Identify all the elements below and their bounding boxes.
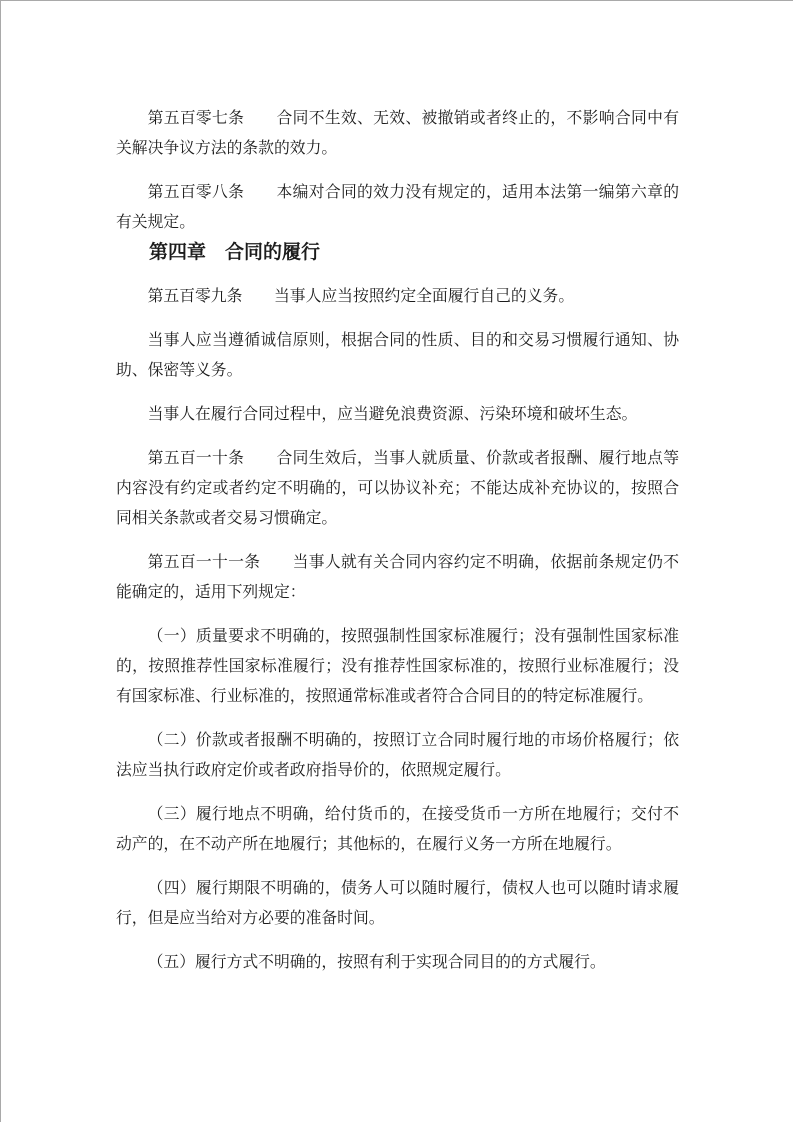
- article-511-item-3: （三）履行地点不明确，给付货币的，在接受货币一方所在地履行；交付不动产的，在不动…: [116, 800, 679, 860]
- article-510: 第五百一十条 合同生效后，当事人就质量、价款或者报酬、履行地点等内容没有约定或者…: [116, 444, 679, 534]
- article-509-clause-2: 当事人应当遵循诚信原则，根据合同的性质、目的和交易习惯履行通知、协助、保密等义务…: [116, 326, 679, 386]
- article-511-item-1: （一）质量要求不明确的，按照强制性国家标准履行；没有强制性国家标准的，按照推荐性…: [116, 622, 679, 712]
- article-511-item-5: （五）履行方式不明确的，按照有利于实现合同目的的方式履行。: [116, 948, 679, 978]
- article-507: 第五百零七条 合同不生效、无效、被撤销或者终止的，不影响合同中有关解决争议方法的…: [116, 104, 679, 164]
- article-508: 第五百零八条 本编对合同的效力没有规定的，适用本法第一编第六章的有关规定。: [116, 178, 679, 238]
- article-511-item-4: （四）履行期限不明确的，债务人可以随时履行，债权人也可以随时请求履行，但是应当给…: [116, 874, 679, 934]
- article-511: 第五百一十一条 当事人就有关合同内容约定不明确，依据前条规定仍不能确定的，适用下…: [116, 548, 679, 608]
- article-509: 第五百零九条 当事人应当按照约定全面履行自己的义务。: [116, 282, 679, 312]
- article-511-item-2: （二）价款或者报酬不明确的，按照订立合同时履行地的市场价格履行；依法应当执行政府…: [116, 726, 679, 786]
- chapter-4-heading: 第四章 合同的履行: [116, 238, 679, 268]
- article-509-clause-3: 当事人在履行合同过程中，应当避免浪费资源、污染环境和破坏生态。: [116, 400, 679, 430]
- document-page: 第五百零七条 合同不生效、无效、被撤销或者终止的，不影响合同中有关解决争议方法的…: [1, 1, 793, 1122]
